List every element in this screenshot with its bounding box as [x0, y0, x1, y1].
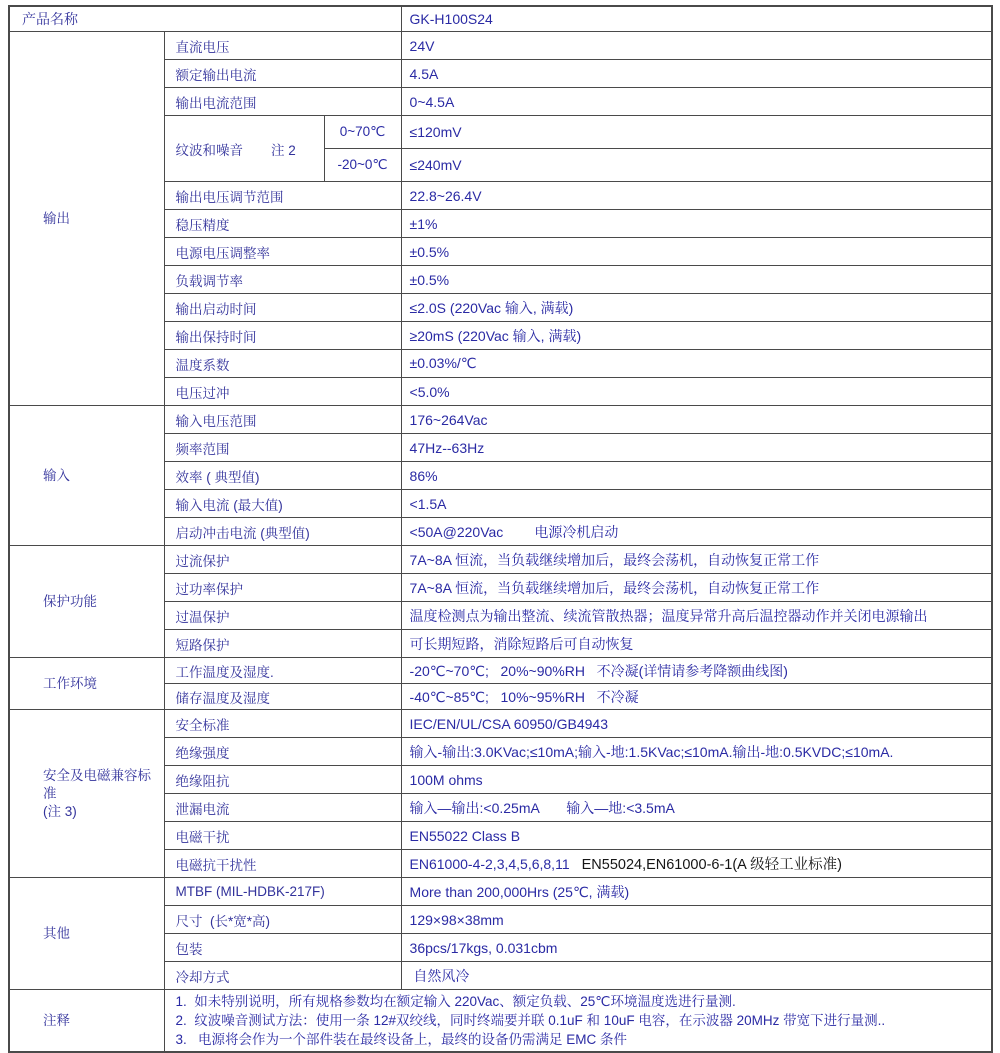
value-cell: -20℃~70℃; 20%~90%RH 不冷凝(详情请参考降额曲线图) [401, 658, 992, 684]
section-label-other: 其他 [9, 878, 164, 990]
value-cell: 0~4.5A [401, 88, 992, 116]
spec-sheet: 产品名称 GK-H100S24 输出 直流电压 24V 额定输出电流 4.5A … [8, 5, 993, 1048]
value-cell: ≤2.0S (220Vac 输入, 满载) [401, 294, 992, 322]
value-cell: <1.5A [401, 490, 992, 518]
param-cell: 短路保护 [164, 630, 401, 658]
section-label-input: 输入 [9, 406, 164, 546]
param-cell: MTBF (MIL-HDBK-217F) [164, 878, 401, 906]
value-cell: ±0.5% [401, 238, 992, 266]
param-cell: 负载调节率 [164, 266, 401, 294]
param-cell: 电磁抗干扰性 [164, 850, 401, 878]
param-cell: 过温保护 [164, 602, 401, 630]
value-cell: 7A~8A 恒流，当负载继续增加后，最终会荡机，自动恢复正常工作 [401, 546, 992, 574]
section-label-protection: 保护功能 [9, 546, 164, 658]
value-cell: 输入—输出:<0.25mA 输入—地:<3.5mA [401, 794, 992, 822]
value-cell: -40℃~85℃; 10%~95%RH 不冷凝 [401, 684, 992, 710]
param-cell: 工作温度及湿度. [164, 658, 401, 684]
param-cell: 输出启动时间 [164, 294, 401, 322]
header-row: 产品名称 GK-H100S24 [9, 6, 992, 32]
spec-row: 其他 MTBF (MIL-HDBK-217F) More than 200,00… [9, 878, 992, 906]
spec-row: 安全及电磁兼容标准 (注 3) 安全标准 IEC/EN/UL/CSA 60950… [9, 710, 992, 738]
value-cell: 自然风冷 [401, 962, 992, 990]
param-cell: 过流保护 [164, 546, 401, 574]
emc-immunity-standards-extra: EN55024,EN61000-6-1(A 级轻工业标准) [582, 857, 842, 873]
value-cell: <50A@220Vac 电源冷机启动 [401, 518, 992, 546]
value-cell: ±0.5% [401, 266, 992, 294]
param-cell: 额定输出电流 [164, 60, 401, 88]
section-label-safety-emc: 安全及电磁兼容标准 (注 3) [9, 710, 164, 878]
product-model: GK-H100S24 [401, 6, 992, 32]
value-cell: ±1% [401, 210, 992, 238]
value-cell: ±0.03%/℃ [401, 350, 992, 378]
value-cell: 4.5A [401, 60, 992, 88]
param-cell: 泄漏电流 [164, 794, 401, 822]
param-cell: 频率范围 [164, 434, 401, 462]
spec-table: 产品名称 GK-H100S24 输出 直流电压 24V 额定输出电流 4.5A … [8, 5, 993, 1048]
emc-immunity-standards: EN61000-4-2,3,4,5,6,8,11 [410, 856, 570, 872]
value-cell-emc: EN61000-4-2,3,4,5,6,8,11EN55024,EN61000-… [401, 850, 992, 878]
note-line-3: 3. 电源将会作为一个部件装在最终设备上，最终的设备仍需满足 EMC 条件 [176, 1030, 986, 1048]
notes-cell: 1. 如未特别说明，所有规格参数均在额定输入 220Vac、额定负载、25℃环境… [164, 990, 992, 1049]
param-cell: 储存温度及湿度 [164, 684, 401, 710]
param-cell: 输入电流 (最大值) [164, 490, 401, 518]
param-cell-ripple: 纹波和噪音注 2 [164, 116, 324, 182]
value-cell: <5.0% [401, 378, 992, 406]
param-cell: 启动冲击电流 (典型值) [164, 518, 401, 546]
note-line-1: 1. 如未特别说明，所有规格参数均在额定输入 220Vac、额定负载、25℃环境… [176, 992, 986, 1011]
param-cell: 温度系数 [164, 350, 401, 378]
value-cell: 24V [401, 32, 992, 60]
param-cell: 绝缘阻抗 [164, 766, 401, 794]
param-cell: 直流电压 [164, 32, 401, 60]
value-cell: 47Hz--63Hz [401, 434, 992, 462]
param-cell: 效率 ( 典型值) [164, 462, 401, 490]
value-cell: 输入-输出:3.0KVac;≤10mA;输入-地:1.5KVac;≤10mA.输… [401, 738, 992, 766]
value-cell: More than 200,000Hrs (25℃, 满载) [401, 878, 992, 906]
param-cell: 电源电压调整率 [164, 238, 401, 266]
param-cell: 电磁干扰 [164, 822, 401, 850]
section-label-environment: 工作环境 [9, 658, 164, 710]
section-name: 安全及电磁兼容标准 [43, 767, 162, 803]
value-cell: 温度检测点为输出整流、续流管散热器；温度异常升高后温控器动作并关闭电源输出 [401, 602, 992, 630]
spec-row: 输出 直流电压 24V [9, 32, 992, 60]
param-cell: 尺寸 (长*宽*高) [164, 906, 401, 934]
section-label-output: 输出 [9, 32, 164, 406]
notes-row: 注释 1. 如未特别说明，所有规格参数均在额定输入 220Vac、额定负载、25… [9, 990, 992, 1049]
ripple-label: 纹波和噪音 [176, 143, 244, 158]
ripple-temp-cell: 0~70℃ [324, 116, 401, 149]
param-cell: 稳压精度 [164, 210, 401, 238]
value-cell: 可长期短路，消除短路后可自动恢复 [401, 630, 992, 658]
value-cell: IEC/EN/UL/CSA 60950/GB4943 [401, 710, 992, 738]
value-cell: 36pcs/17kgs, 0.031cbm [401, 934, 992, 962]
spec-row: 保护功能 过流保护 7A~8A 恒流，当负载继续增加后，最终会荡机，自动恢复正常… [9, 546, 992, 574]
product-name-label: 产品名称 [9, 6, 401, 32]
spec-row: 输入 输入电压范围 176~264Vac [9, 406, 992, 434]
param-cell: 过功率保护 [164, 574, 401, 602]
param-cell: 输出电流范围 [164, 88, 401, 116]
param-cell: 电压过冲 [164, 378, 401, 406]
value-cell: EN55022 Class B [401, 822, 992, 850]
value-cell: 22.8~26.4V [401, 182, 992, 210]
param-cell: 输出保持时间 [164, 322, 401, 350]
value-cell: ≤120mV [401, 116, 992, 149]
param-cell: 输出电压调节范围 [164, 182, 401, 210]
section-name-note: (注 3) [43, 803, 162, 821]
ripple-temp-cell: -20~0℃ [324, 149, 401, 182]
param-cell: 冷却方式 [164, 962, 401, 990]
spec-row: 工作环境 工作温度及湿度. -20℃~70℃; 20%~90%RH 不冷凝(详情… [9, 658, 992, 684]
param-cell: 绝缘强度 [164, 738, 401, 766]
note-line-2: 2. 纹波噪音测试方法：使用一条 12#双绞线，同时终端要并联 0.1uF 和 … [176, 1011, 986, 1030]
param-cell: 安全标准 [164, 710, 401, 738]
value-cell: 129×98×38mm [401, 906, 992, 934]
param-cell: 包装 [164, 934, 401, 962]
value-cell: ≥20mS (220Vac 输入, 满载) [401, 322, 992, 350]
value-cell: 86% [401, 462, 992, 490]
param-cell: 输入电压范围 [164, 406, 401, 434]
value-cell: 7A~8A 恒流，当负载继续增加后，最终会荡机，自动恢复正常工作 [401, 574, 992, 602]
value-cell: 176~264Vac [401, 406, 992, 434]
section-label-notes: 注释 [9, 990, 164, 1049]
value-cell: 100M ohms [401, 766, 992, 794]
ripple-note-ref: 注 2 [271, 143, 296, 158]
value-cell: ≤240mV [401, 149, 992, 182]
